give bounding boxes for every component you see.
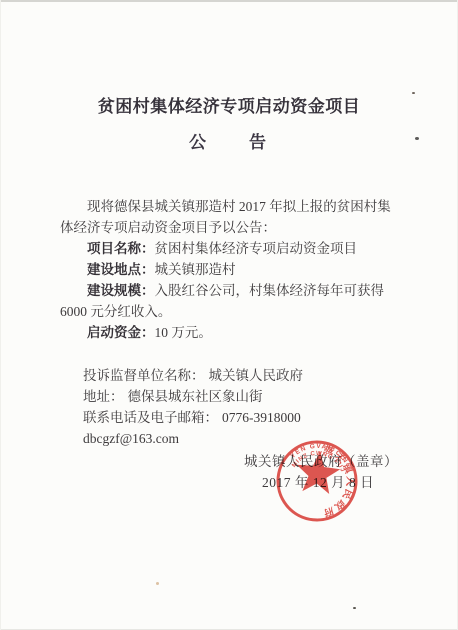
field-label: 建设规模： — [87, 283, 155, 298]
intro-text: 现将德保县城关镇那造村 2017 年拟上报的贫困村集体经济专项启动资金项目予以公… — [60, 199, 391, 235]
field-label: 启动资金： — [87, 325, 155, 340]
field-value: 城关镇那造村 — [155, 262, 236, 277]
field-label: 项目名称： — [87, 241, 155, 256]
field-scale: 建设规模：入股红谷公司，村集体经济每年可获得 6000 元分红收入。 — [60, 280, 394, 322]
field-label: 建设地点： — [87, 262, 155, 277]
field-location: 建设地点：城关镇那造村 — [60, 259, 394, 280]
contact-value: 德保县城东社区象山街 — [128, 389, 263, 404]
scan-speck — [415, 137, 419, 140]
official-seal-stamp: YEN GVAN CIN MINZ CWNG FUJ 城关镇人民政府 — [257, 421, 377, 541]
field-project-name: 项目名称：贫困村集体经济专项启动资金项目 — [60, 238, 394, 259]
doc-subtitle: 公 告 — [0, 128, 458, 153]
contact-row-supervisor: 投诉监督单位名称：城关镇人民政府 — [83, 365, 394, 386]
field-value: 10 万元。 — [155, 325, 212, 340]
field-startup-fund: 启动资金：10 万元。 — [60, 322, 394, 343]
contact-value: 城关镇人民政府 — [209, 368, 304, 383]
scan-edge-top — [0, 0, 458, 2]
document-page: 贫困村集体经济专项启动资金项目 公 告 现将德保县城关镇那造村 2017 年拟上… — [0, 0, 458, 630]
intro-paragraph: 现将德保县城关镇那造村 2017 年拟上报的贫困村集体经济专项启动资金项目予以公… — [60, 196, 394, 238]
doc-body: 现将德保县城关镇那造村 2017 年拟上报的贫困村集体经济专项启动资金项目予以公… — [60, 196, 394, 449]
contact-label: 投诉监督单位名称： — [83, 368, 205, 383]
scan-speck — [353, 607, 356, 609]
contact-label: 地址： — [83, 389, 124, 404]
scan-speck — [156, 582, 159, 585]
doc-title: 贫困村集体经济专项启动资金项目 — [0, 92, 458, 117]
contact-row-address: 地址：德保县城东社区象山街 — [83, 386, 394, 407]
field-value: 贫困村集体经济专项启动资金项目 — [155, 241, 358, 256]
scan-speck — [412, 92, 415, 94]
contact-label: 联系电话及电子邮箱： — [83, 410, 218, 425]
